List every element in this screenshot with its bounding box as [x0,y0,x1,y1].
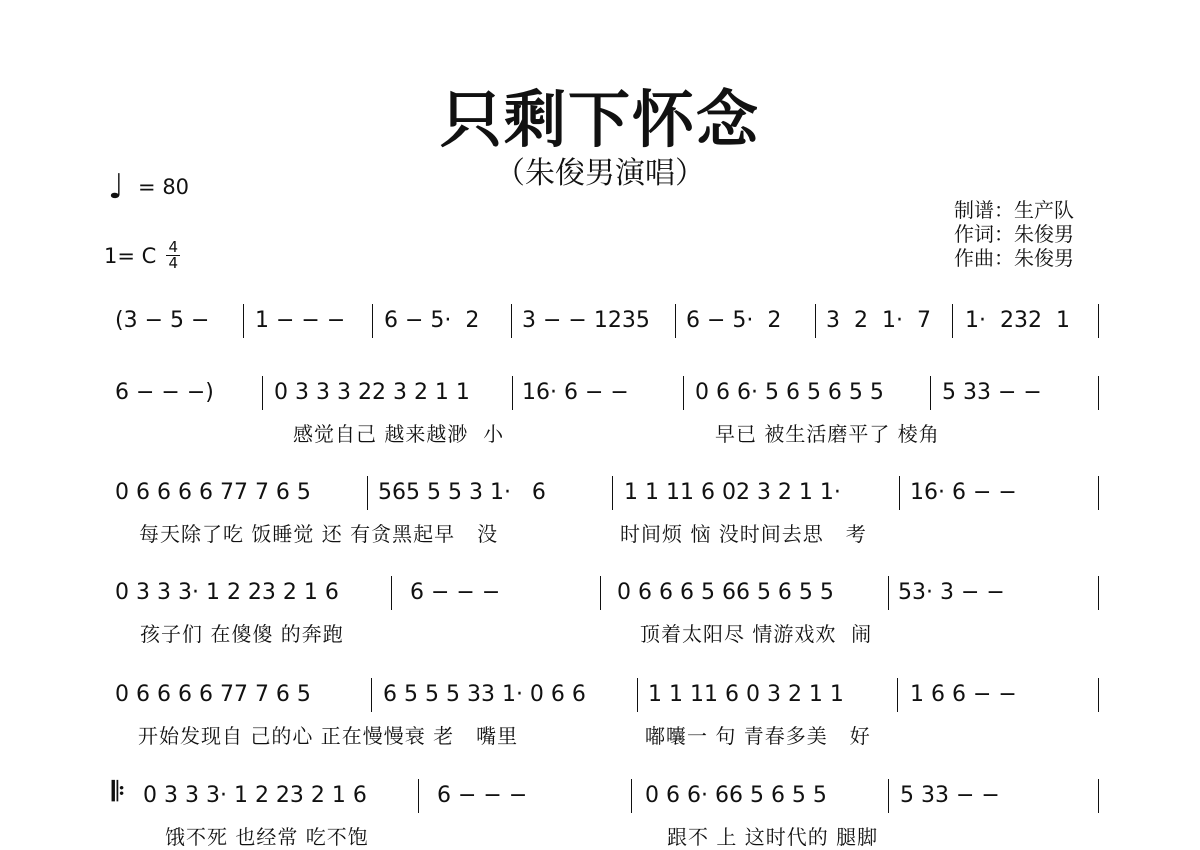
measure: 0 6 6· 66 5 6 5 5 [645,783,827,808]
lyric-line: 顶着太阳尽 情游戏欢 闹 [640,618,872,647]
lyric-line: 嘟囔一 句 青春多美 好 [645,720,871,749]
measure: 0 6 6 6 6 77 7 6 5 [115,682,311,707]
measure: 0 3 3 3· 1 2 23 2 1 6 [115,580,339,605]
measure: 0 3 3 3· 1 2 23 2 1 6 [143,783,367,808]
tempo-marking: ♩ = 80 [108,172,189,202]
measure: 565 5 5 3 1· 6 [378,480,546,505]
barline [367,476,368,510]
measure: 0 6 6 6 5 66 5 6 5 5 [617,580,834,605]
barline [371,678,372,712]
time-sig-bottom: 4 [169,256,179,271]
barline [612,476,613,510]
barline [899,476,900,510]
barline [600,576,601,610]
lyric-line: 跟不 上 这时代的 腿脚 [667,821,878,850]
barline [418,779,419,813]
measure: 3 − − 1235 [522,308,650,333]
barline [372,304,373,338]
measure: 0 6 6 6 6 77 7 6 5 [115,480,311,505]
measure: 3 2 1· 7 [826,308,931,333]
quarter-note-icon: ♩ [108,172,124,202]
barline [512,376,513,410]
lyric-line: 时间烦 恼 没时间去思 考 [620,518,867,547]
barline [243,304,244,338]
barline [675,304,676,338]
measure: 5 33 − − [942,380,1042,405]
measure: (3 − 5 − [115,308,209,333]
barline [1098,779,1099,813]
barline [511,304,512,338]
barline [637,678,638,712]
lyric-line: 早已 被生活磨平了 棱角 [715,418,940,447]
barline [1098,678,1099,712]
measure: 6 5 5 5 33 1· 0 6 6 [383,682,586,707]
lyric-line: 开始发现自 己的心 正在慢慢衰 老 嘴里 [138,720,518,749]
measure: 16· 6 − − [910,480,1017,505]
barline [631,779,632,813]
measure: 1 1 11 6 0 3 2 1 1 [648,682,844,707]
credit-lyricist: 作词：朱俊男 [954,222,1074,246]
barline [1098,376,1099,410]
lyric-line: 每天除了吃 饭睡觉 还 有贪黑起早 没 [139,518,498,547]
barline [888,576,889,610]
lyric-line: 饿不死 也经常 吃不饱 [165,821,369,850]
tempo-value: = 80 [138,175,189,199]
barline [930,376,931,410]
time-sig-top: 4 [169,240,179,255]
barline [683,376,684,410]
song-title: 只剩下怀念 [0,70,1200,159]
measure: 6 − 5· 2 [686,308,781,333]
barline [952,304,953,338]
barline [262,376,263,410]
lyric-line: 孩子们 在傻傻 的奔跑 [140,618,344,647]
measure: 6 − − − [437,783,527,808]
barline [391,576,392,610]
measure: 6 − − −) [115,380,214,405]
key-label: 1= C [104,244,156,268]
measure: 53· 3 − − [898,580,1005,605]
barline [1098,476,1099,510]
measure: 1· 232 1 [965,308,1070,333]
measure: 16· 6 − − [522,380,629,405]
repeat-start-icon: 𝄆 [112,777,125,808]
credit-arranger: 制谱：生产队 [954,198,1074,222]
measure: 6 − − − [410,580,500,605]
barline [815,304,816,338]
measure: 0 6 6· 5 6 5 6 5 5 [695,380,884,405]
measure: 1 1 11 6 02 3 2 1 1· [624,480,841,505]
credits: 制谱：生产队 作词：朱俊男 作曲：朱俊男 [954,198,1074,270]
credit-composer: 作曲：朱俊男 [954,246,1074,270]
barline [888,779,889,813]
key-signature: 1= C 4 4 [104,240,180,271]
measure: 1 − − − [255,308,345,333]
barline [1098,304,1099,338]
lyric-line: 感觉自己 越来越渺 小 [293,418,504,447]
barline [897,678,898,712]
barline [1098,576,1099,610]
measure: 1 6 6 − − [910,682,1017,707]
measure: 0 3 3 3 22 3 2 1 1 [274,380,470,405]
measure: 5 33 − − [900,783,1000,808]
measure: 6 − 5· 2 [384,308,479,333]
time-signature: 4 4 [166,240,180,271]
